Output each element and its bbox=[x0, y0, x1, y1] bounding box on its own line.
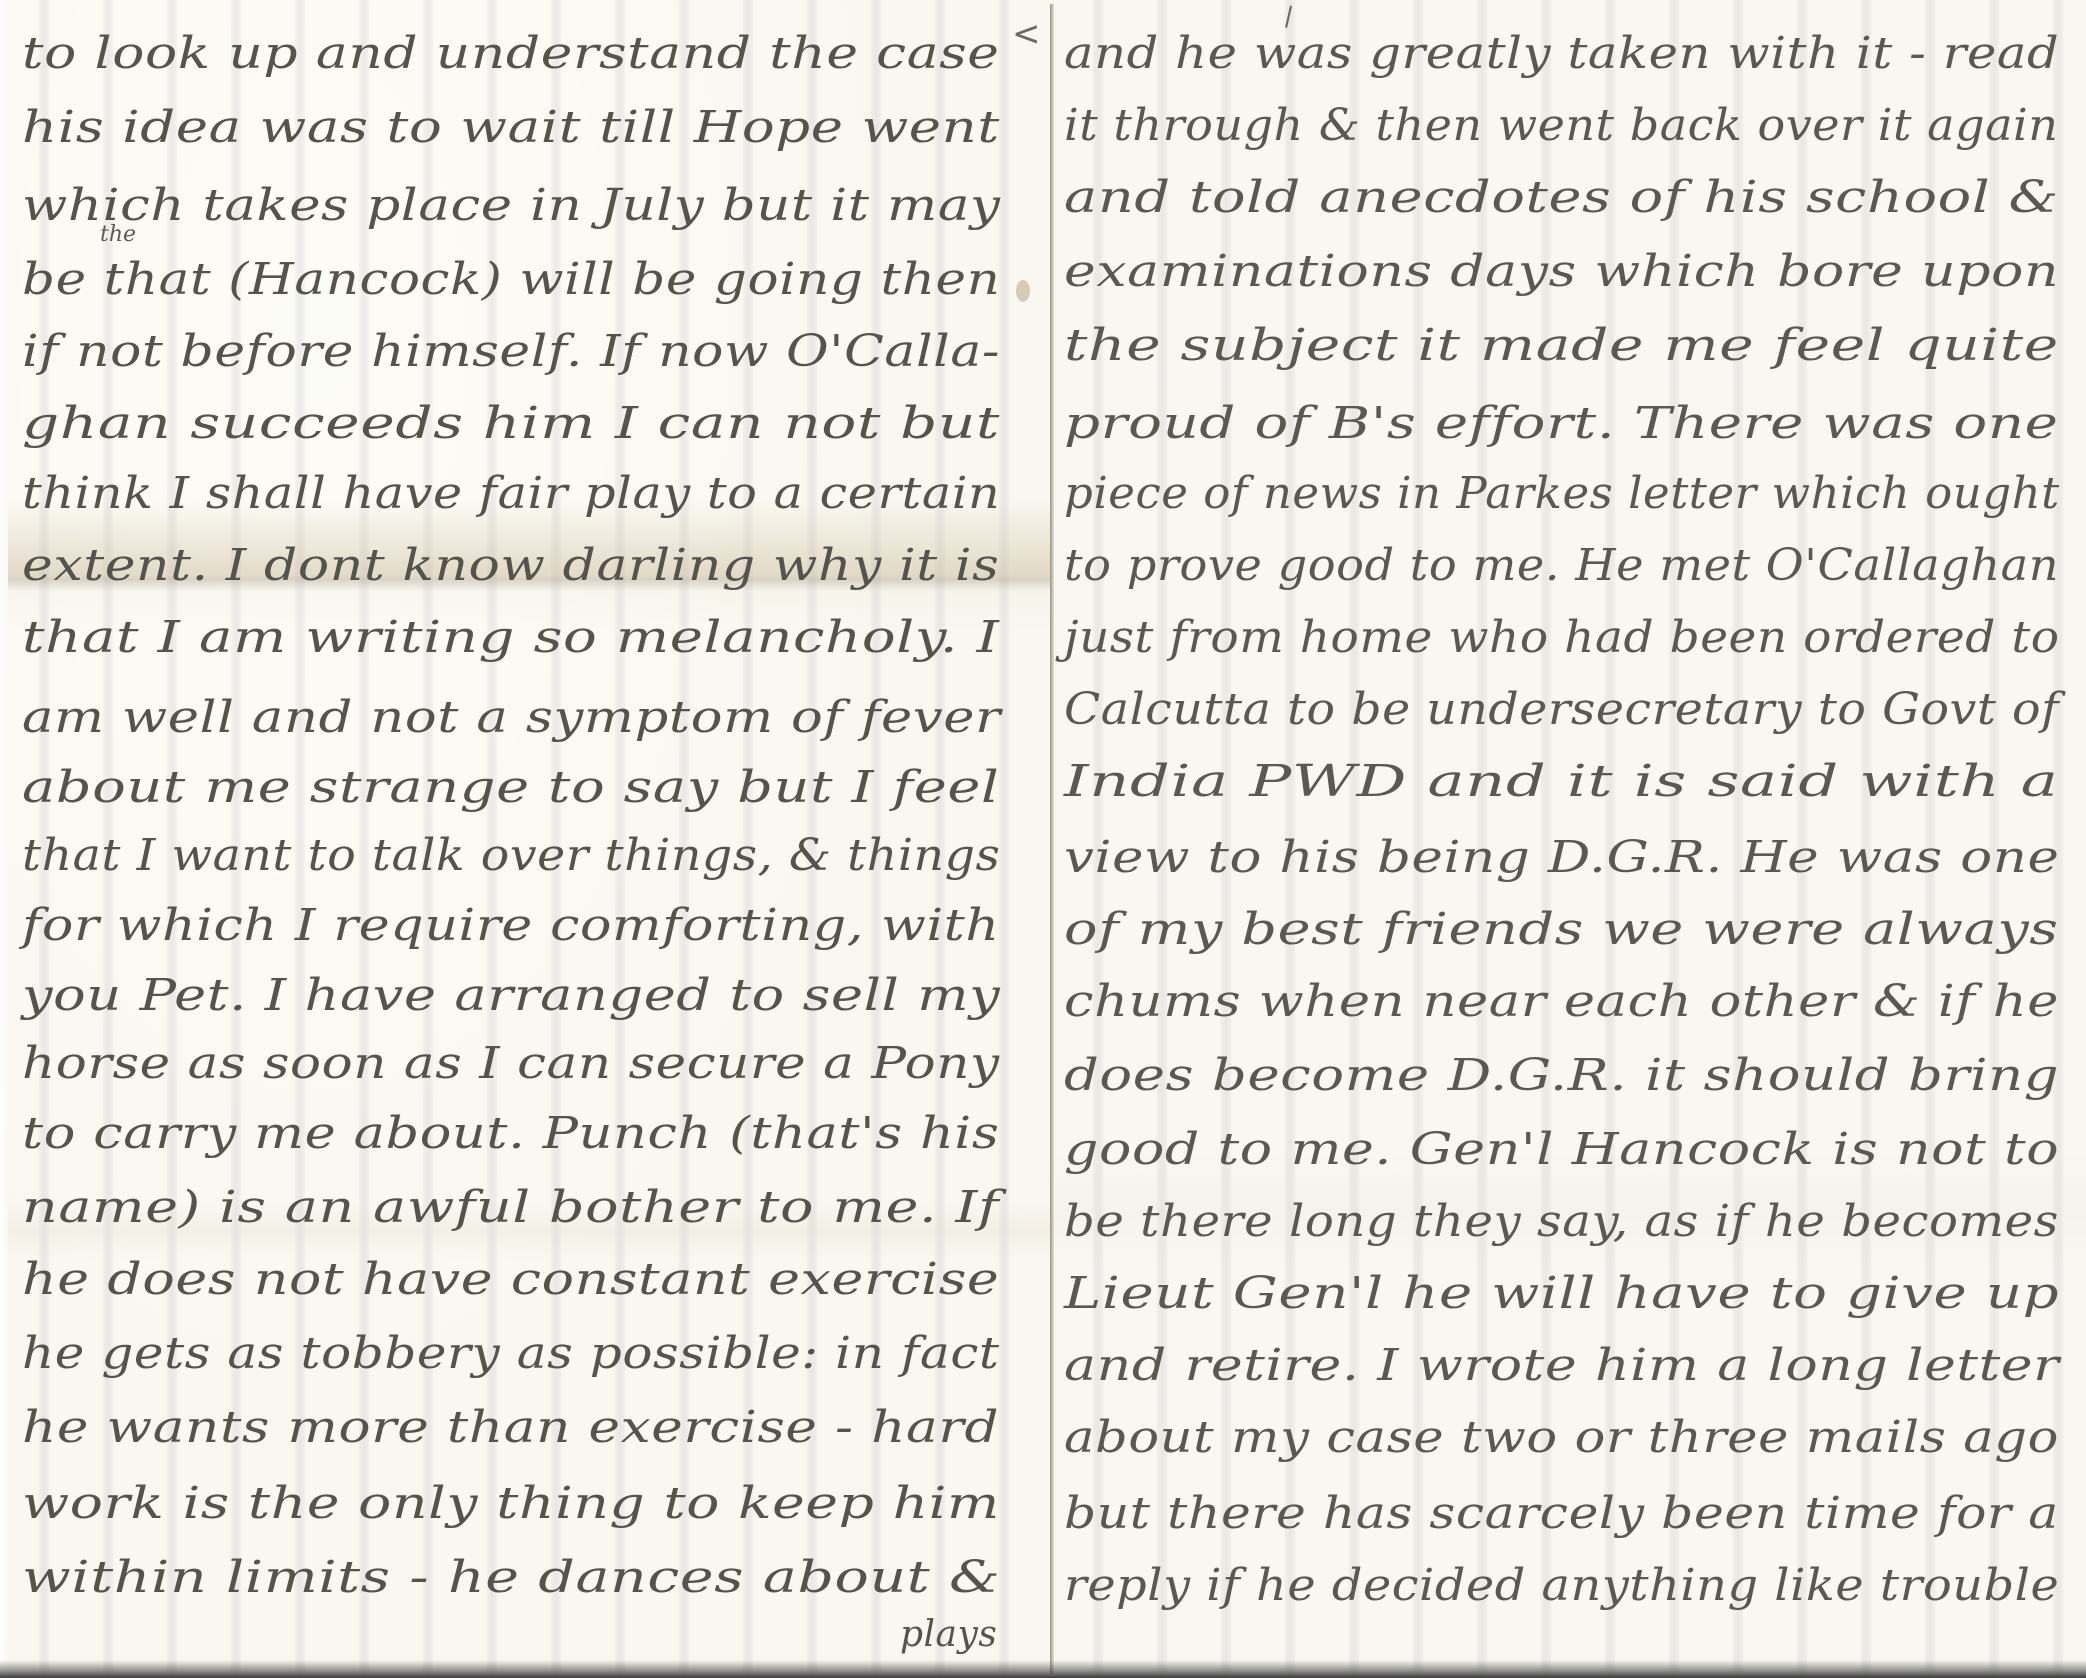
text-line: which takes place in July but it may bbox=[22, 180, 1000, 231]
text-line: to look up and understand the case bbox=[22, 28, 999, 79]
left-page: < to look up and understand the case his… bbox=[0, 0, 1052, 1678]
letter-scan: < to look up and understand the case his… bbox=[0, 0, 2086, 1678]
text-line: horse as soon as I can secure a Pony bbox=[22, 1038, 1000, 1089]
text-line: he does not have constant exercise bbox=[22, 1254, 999, 1305]
text-line: you Pet. I have arranged to sell my bbox=[22, 970, 1000, 1021]
text-line: but there has scarcely been time for a bbox=[1064, 1488, 2059, 1539]
text-line: name) is an awful bother to me. If bbox=[22, 1182, 999, 1233]
text-line: and retire. I wrote him a long letter bbox=[1064, 1340, 2059, 1391]
text-line: be that (Hancock) will be going then bbox=[22, 254, 1000, 305]
text-line: am well and not a symptom of fever bbox=[22, 692, 1001, 743]
text-line: India PWD and it is said with a bbox=[1064, 756, 2059, 807]
text-line: be there long they say, as if he becomes bbox=[1064, 1196, 2059, 1247]
text-line: Calcutta to be undersecretary to Govt of bbox=[1064, 684, 2059, 735]
text-line: Lieut Gen'l he will have to give up bbox=[1064, 1268, 2059, 1319]
text-line: it through & then went back over it agai… bbox=[1064, 100, 2058, 151]
text-line: think I shall have fair play to a certai… bbox=[22, 468, 1000, 519]
text-line: he gets as tobbery as possible: in fact bbox=[22, 1328, 1000, 1379]
page-edge bbox=[0, 0, 10, 1678]
text-line: ghan succeeds him I can not but bbox=[22, 398, 1000, 449]
corner-mark: < bbox=[1012, 14, 1041, 54]
text-line: just from home who had been ordered to bbox=[1064, 612, 2060, 663]
text-line: about my case two or three mails ago bbox=[1064, 1412, 2059, 1463]
text-line: his idea was to wait till Hope went bbox=[22, 102, 1000, 153]
text-line: and he was greatly taken with it - read bbox=[1064, 28, 2059, 79]
text-line: that I want to talk over things, & thing… bbox=[22, 830, 1000, 881]
right-page: \ and he was greatly taken with it - rea… bbox=[1054, 0, 2086, 1678]
interline-insert: the bbox=[100, 222, 136, 247]
text-line: if not before himself. If now O'Calla- bbox=[22, 326, 1000, 377]
text-line: about me strange to say but I feel bbox=[22, 762, 999, 813]
catchword: plays bbox=[900, 1614, 997, 1655]
text-line: examinations days which bore upon bbox=[1064, 246, 2059, 297]
text-line: within limits - he dances about & bbox=[22, 1552, 1000, 1603]
text-line: for which I require comforting, with bbox=[22, 900, 1000, 951]
text-line: reply if he decided anything like troubl… bbox=[1064, 1560, 2059, 1611]
text-line: proud of B's effort. There was one bbox=[1064, 398, 2059, 449]
text-line: that I am writing so melancholy. I bbox=[22, 612, 999, 663]
text-line: and told anecdotes of his school & bbox=[1064, 172, 2059, 223]
ink-stain bbox=[1016, 280, 1030, 302]
text-line: work is the only thing to keep him bbox=[22, 1478, 1000, 1529]
text-line: piece of news in Parkes letter which oug… bbox=[1064, 468, 2060, 519]
text-line: chums when near each other & if he bbox=[1064, 976, 2059, 1027]
text-line: does become D.G.R. it should bring bbox=[1064, 1050, 2059, 1101]
text-line: he wants more than exercise - hard bbox=[22, 1402, 999, 1453]
text-line: to carry me about. Punch (that's his bbox=[22, 1108, 999, 1159]
text-line: the subject it made me feel quite bbox=[1064, 320, 2059, 371]
text-line: to prove good to me. He met O'Callaghan bbox=[1064, 540, 2059, 591]
text-line: view to his being D.G.R. He was one bbox=[1064, 832, 2059, 883]
text-line: good to me. Gen'l Hancock is not to bbox=[1064, 1124, 2059, 1175]
text-line: extent. I dont know darling why it is bbox=[22, 540, 999, 591]
text-line: of my best friends we were always bbox=[1064, 904, 2059, 955]
scan-bottom-shadow bbox=[0, 1660, 2086, 1678]
